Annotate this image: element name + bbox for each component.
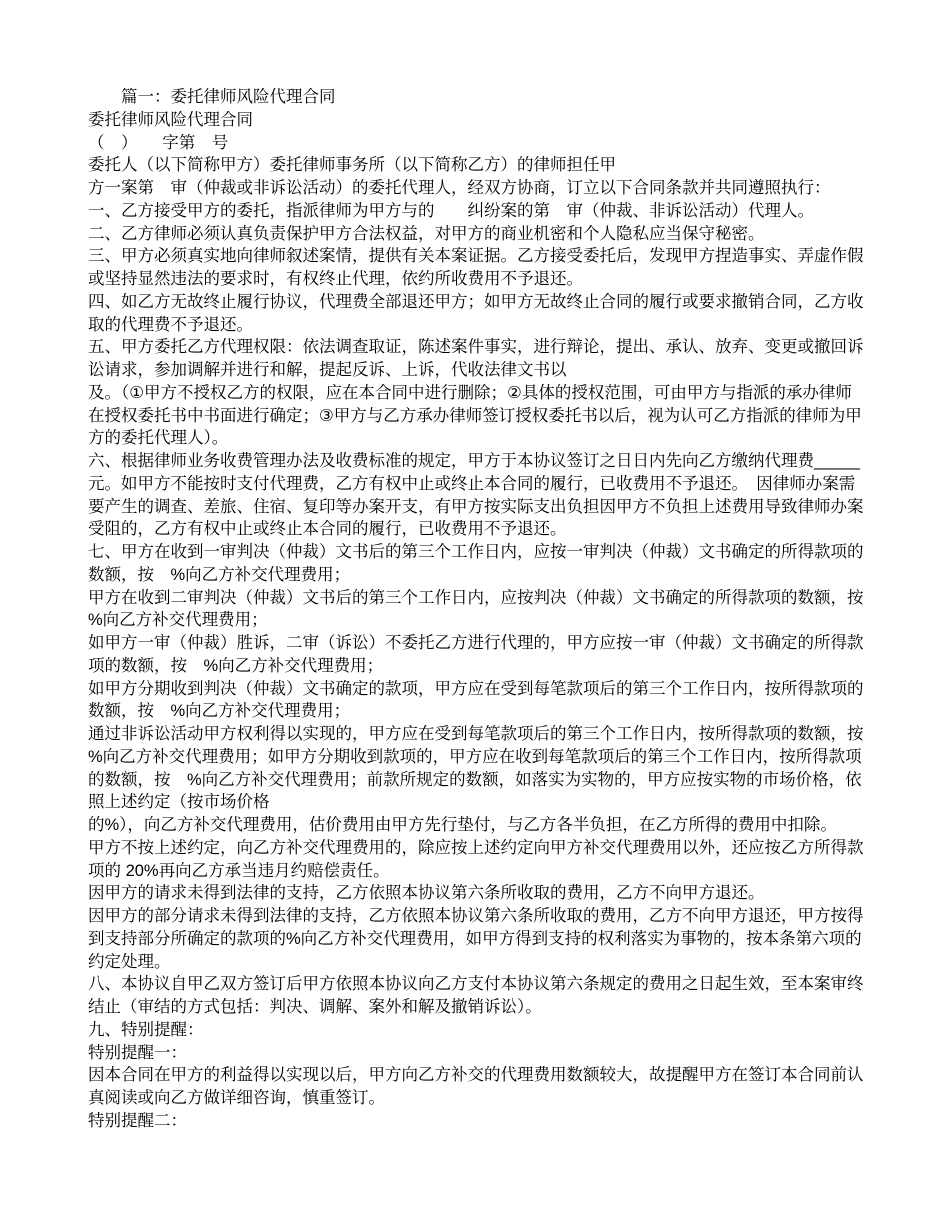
text-line: 如甲方分期收到判决（仲裁）文书确定的款项，甲方应在受到每笔款项后的第三个工作日内… bbox=[88, 678, 880, 701]
text-line: 项的数额，按 %向乙方补交代理费用； bbox=[88, 655, 880, 678]
document-page: 篇一：委托律师风险代理合同委托律师风险代理合同（ ） 字第 号委托人（以下简称甲… bbox=[0, 0, 950, 1230]
text-line: 一、乙方接受甲方的委托，指派律师为甲方与的 纠纷案的第 审（仲裁、非诉讼活动）代… bbox=[88, 200, 880, 223]
text-line: 或坚持显然违法的要求时，有权终止代理，依约所收费用不予退还。 bbox=[88, 268, 880, 291]
text-line: 八、本协议自甲乙双方签订后甲方依照本协议向乙方支付本协议第六条规定的费用之日起生… bbox=[88, 973, 880, 996]
text-line: 因本合同在甲方的利益得以实现以后，甲方向乙方补交的代理费用数额较大，故提醒甲方在… bbox=[88, 1064, 880, 1087]
text-line: （ ） 字第 号 bbox=[88, 132, 880, 155]
text-line: 的数额，按 %向乙方补交代理费用；前款所规定的数额，如落实为实物的，甲方应按实物… bbox=[88, 769, 880, 792]
text-line: 九、特别提醒： bbox=[88, 1019, 880, 1042]
text-line: 在授权委托书中书面进行确定；③甲方与乙方承办律师签订授权委托书以后，视为认可乙方… bbox=[88, 405, 880, 428]
text-line: 六、根据律师业务收费管理办法及收费标准的规定，甲方于本协议签订之日日内先向乙方缴… bbox=[88, 450, 880, 473]
text-line: 方一案第 审（仲裁或非诉讼活动）的委托代理人，经双方协商，订立以下合同条款并共同… bbox=[88, 177, 880, 200]
document-body: 篇一：委托律师风险代理合同委托律师风险代理合同（ ） 字第 号委托人（以下简称甲… bbox=[88, 86, 880, 1133]
text-line: 的%），向乙方补交代理费用，估价费用由甲方先行垫付，与乙方各半负担，在乙方所得的… bbox=[88, 814, 880, 837]
text-line: 通过非诉讼活动甲方权利得以实现的，甲方应在受到每笔款项后的第三个工作日内，按所得… bbox=[88, 723, 880, 746]
text-line: 甲方在收到二审判决（仲裁）文书后的第三个工作日内，应按判决（仲裁）文书确定的所得… bbox=[88, 587, 880, 610]
text-line: 四、如乙方无故终止履行协议，代理费全部退还甲方；如甲方无故终止合同的履行或要求撤… bbox=[88, 291, 880, 314]
text-line: 特别提醒一： bbox=[88, 1042, 880, 1065]
text-line: 二、乙方律师必须认真负责保护甲方合法权益，对甲方的商业机密和个人隐私应当保守秘密… bbox=[88, 223, 880, 246]
text-line: 到支持部分所确定的款项的%向乙方补交代理费用，如甲方得到支持的权利落实为事物的，… bbox=[88, 928, 880, 951]
text-line: 结止（审结的方式包括：判决、调解、案外和解及撤销诉讼）。 bbox=[88, 996, 880, 1019]
text-line: 要产生的调查、差旅、住宿、复印等办案开支，有甲方按实际支出负担因甲方不负担上述费… bbox=[88, 496, 880, 519]
text-line: 及。（①甲方不授权乙方的权限，应在本合同中进行删除；②具体的授权范围，可由甲方与… bbox=[88, 382, 880, 405]
text-line: 元。如甲方不能按时支付代理费，乙方有权中止或终止本合同的履行，已收费用不予退还。… bbox=[88, 473, 880, 496]
text-line: 项的 20%再向乙方承当违月约赔偿责任。 bbox=[88, 860, 880, 883]
text-line: 委托人（以下简称甲方）委托律师事务所（以下简称乙方）的律师担任甲 bbox=[88, 154, 880, 177]
text-line: 数额，按 %向乙方补交代理费用； bbox=[88, 564, 880, 587]
text-line: 三、甲方必须真实地向律师叙述案情，提供有关本案证据。乙方接受委托后，发现甲方捏造… bbox=[88, 245, 880, 268]
text-line: 因甲方的部分请求未得到法律的支持，乙方依照本协议第六条所收取的费用，乙方不向甲方… bbox=[88, 905, 880, 928]
text-line: 委托律师风险代理合同 bbox=[88, 109, 880, 132]
text-line: 讼请求，参加调解并进行和解，提起反诉、上诉，代收法律文书以 bbox=[88, 359, 880, 382]
text-line: 因甲方的请求未得到法律的支持，乙方依照本协议第六条所收取的费用，乙方不向甲方退还… bbox=[88, 882, 880, 905]
text-line: 篇一：委托律师风险代理合同 bbox=[88, 86, 880, 109]
text-line: 照上述约定（按市场价格 bbox=[88, 791, 880, 814]
text-line: 约定处理。 bbox=[88, 951, 880, 974]
text-line: %向乙方补交代理费用； bbox=[88, 609, 880, 632]
text-line: 如甲方一审（仲裁）胜诉，二审（诉讼）不委托乙方进行代理的，甲方应按一审（仲裁）文… bbox=[88, 632, 880, 655]
text-line: %向乙方补交代理费用；如甲方分期收到款项的，甲方应在收到每笔款项后的第三个工作日… bbox=[88, 746, 880, 769]
text-line: 特别提醒二： bbox=[88, 1110, 880, 1133]
text-line: 五、甲方委托乙方代理权限：依法调查取证，陈述案件事实，进行辩论，提出、承认、放弃… bbox=[88, 336, 880, 359]
text-line: 数额，按 %向乙方补交代理费用； bbox=[88, 700, 880, 723]
text-line: 真阅读或向乙方做详细咨询，慎重签订。 bbox=[88, 1087, 880, 1110]
text-line: 方的委托代理人）。 bbox=[88, 427, 880, 450]
text-line: 甲方不按上述约定，向乙方补交代理费用的，除应按上述约定向甲方补交代理费用以外，还… bbox=[88, 837, 880, 860]
text-line: 取的代理费不予退还。 bbox=[88, 314, 880, 337]
text-line: 受阻的，乙方有权中止或终止本合同的履行，已收费用不予退还。 bbox=[88, 518, 880, 541]
text-line: 七、甲方在收到一审判决（仲裁）文书后的第三个工作日内，应按一审判决（仲裁）文书确… bbox=[88, 541, 880, 564]
